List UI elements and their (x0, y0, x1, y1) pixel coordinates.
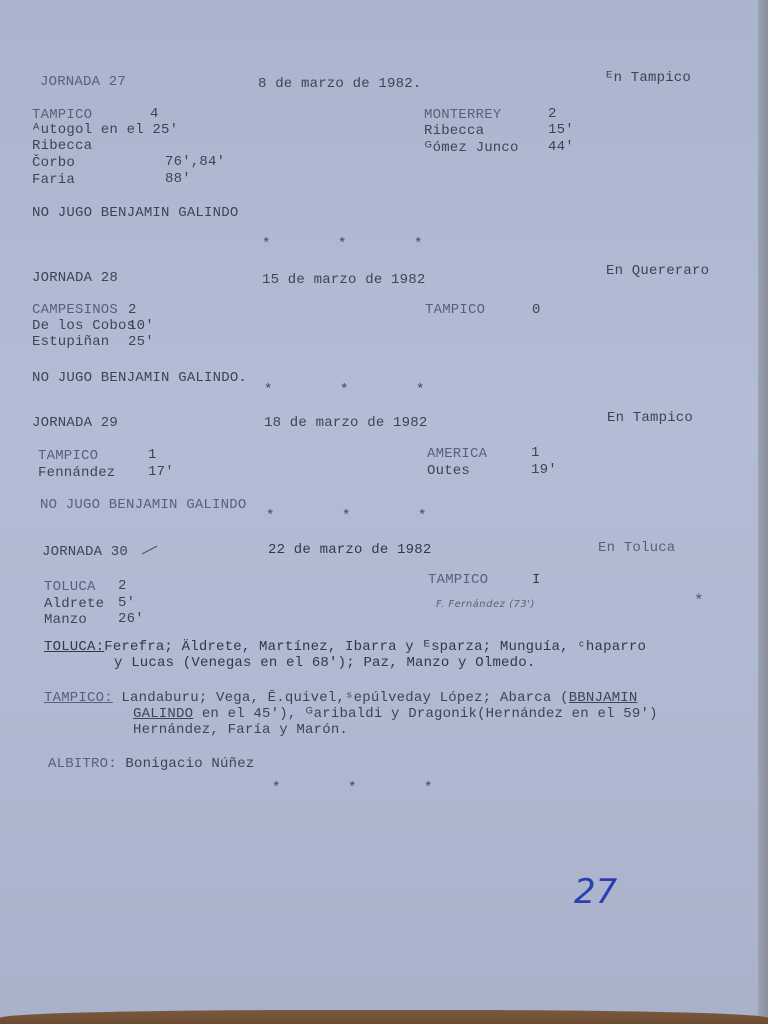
page-edge-shadow (758, 0, 768, 1024)
scorer-minutes: 88' (165, 171, 191, 187)
scorer: Fennández (38, 465, 115, 481)
scorer: Čorbo (32, 155, 75, 171)
jornada-28-away-team: TAMPICO (425, 302, 485, 318)
underlined-player-name: GALINDO (133, 706, 193, 722)
jornada-27-home-score: 4 (150, 106, 159, 122)
tampico-lineup-text: Landaburu; Vega, Ē.quivel,ˢepúlveday Lóp… (121, 690, 568, 706)
scorer: De los Cobos (32, 318, 135, 334)
scorer-minutes: 5' (118, 595, 135, 611)
jornada-29-home-score: 1 (148, 447, 157, 463)
separator-star: * (338, 236, 346, 252)
toluca-lineup-line-1: TOLUCA:Ferefra; Äldrete, Martínez, Ibarr… (44, 639, 646, 655)
jornada-29-away-team: AMERICA (427, 446, 487, 462)
jornada-27-header: JORNADA 27 (40, 74, 126, 90)
jornada-30-away-score: I (532, 572, 541, 588)
jornada-27-note: NO JUGO BENJAMIN GALINDO (32, 205, 238, 221)
scorer-minutes: 76',84' (165, 154, 225, 170)
scorer: ᴬutogol en el 25' (32, 122, 178, 138)
scorer: Ribecca (32, 138, 92, 154)
tampico-lineup-line-2: GALINDO en el 45'), ᴳaribaldi y Dragonik… (133, 706, 658, 722)
scorer: Faria (32, 172, 75, 188)
jornada-28-note: NO JUGO BENJAMIN GALINDO. (32, 370, 247, 386)
typewritten-page: JORNADA 27 8 de marzo de 1982. ᴱn Tampic… (0, 0, 758, 1012)
scorer: ᴳómez Junco (424, 140, 519, 156)
separator-star: * (416, 382, 424, 398)
toluca-lineup-line-2: y Lucas (Venegas en el 68'); Paz, Manzo … (114, 655, 535, 671)
jornada-28-header: JORNADA 28 (32, 270, 118, 286)
tampico-lineup-line-1: TAMPICO: Landaburu; Vega, Ē.quivel,ˢepúl… (44, 690, 638, 706)
jornada-30-venue: En Toluca (598, 540, 675, 556)
jornada-27-date: 8 de marzo de 1982. (258, 76, 421, 92)
jornada-27-venue: ᴱn Tampico (605, 70, 691, 86)
jornada-28-away-score: 0 (532, 302, 541, 318)
separator-star: * (414, 236, 422, 252)
jornada-29-away-score: 1 (531, 445, 540, 461)
jornada-28-home-score: 2 (128, 302, 137, 318)
jornada-30-home-team: TOLUCA (44, 579, 96, 595)
handwritten-star-mark: * (694, 592, 704, 610)
jornada-29-venue: En Tampico (607, 410, 693, 426)
separator-star: * (264, 382, 272, 398)
toluca-lineup-label: TOLUCA: (44, 639, 104, 655)
jornada-30-away-team: TAMPICO (428, 572, 488, 588)
jornada-30-date: 22 de marzo de 1982 (268, 542, 431, 558)
scorer: Estupiñan (32, 334, 109, 350)
separator-star: * (272, 780, 280, 796)
referee-line: ALBITRO: Bonigacio Núñez (48, 756, 254, 772)
scorer-minutes: 25' (128, 334, 154, 350)
tampico-lineup-line-3: Hernández, Faría y Marón. (133, 722, 348, 738)
scorer-minutes: 19' (531, 462, 557, 478)
scorer-minutes: 44' (548, 139, 574, 155)
handwritten-page-number: 27 (574, 872, 617, 912)
scorer-minutes: 26' (118, 611, 144, 627)
jornada-29-date: 18 de marzo de 1982 (264, 415, 427, 431)
tampico-lineup-text: en el 45'), ᴳaribaldi y Dragonik(Hernánd… (193, 706, 657, 722)
separator-star: * (340, 382, 348, 398)
separator-star: * (348, 780, 356, 796)
jornada-29-header: JORNADA 29 (32, 415, 118, 431)
scorer: Manzo (44, 612, 87, 628)
scorer: Outes (427, 463, 470, 479)
separator-star: * (262, 236, 270, 252)
scorer-minutes: 10' (128, 318, 154, 334)
pen-tick-mark (140, 544, 160, 556)
referee-name: Bonigacio Núñez (125, 756, 254, 772)
jornada-28-venue: En Quereraro (606, 263, 709, 279)
jornada-29-home-team: TAMPICO (38, 448, 98, 464)
referee-label: ALBITRO: (48, 756, 117, 772)
scorer-minutes: 15' (548, 122, 574, 138)
toluca-lineup-text: Ferefra; Äldrete, Martínez, Ibarra y ᴱsp… (104, 639, 646, 655)
scorer: Ribecca (424, 123, 484, 139)
jornada-27-home-team: TAMPICO (32, 107, 92, 123)
jornada-28-home-team: CAMPESINOS (32, 302, 118, 318)
wooden-table-edge (0, 1010, 768, 1024)
handwritten-scorer-note: F. Fernández (73') (436, 599, 535, 610)
jornada-27-away-score: 2 (548, 106, 557, 122)
jornada-30-home-score: 2 (118, 578, 127, 594)
tampico-lineup-label: TAMPICO: (44, 690, 113, 706)
separator-star: * (342, 508, 350, 524)
scorer: Aldrete (44, 596, 104, 612)
underlined-player-name: BBNJAMIN (569, 690, 638, 706)
scorer-minutes: 17' (148, 464, 174, 480)
separator-star: * (424, 780, 432, 796)
separator-star: * (266, 508, 274, 524)
jornada-29-note: NO JUGO BENJAMIN GALINDO (40, 497, 246, 513)
jornada-28-date: 15 de marzo de 1982 (262, 272, 425, 288)
separator-star: * (418, 508, 426, 524)
jornada-30-header: JORNADA 30 (42, 544, 128, 560)
jornada-27-away-team: MONTERREY (424, 107, 501, 123)
